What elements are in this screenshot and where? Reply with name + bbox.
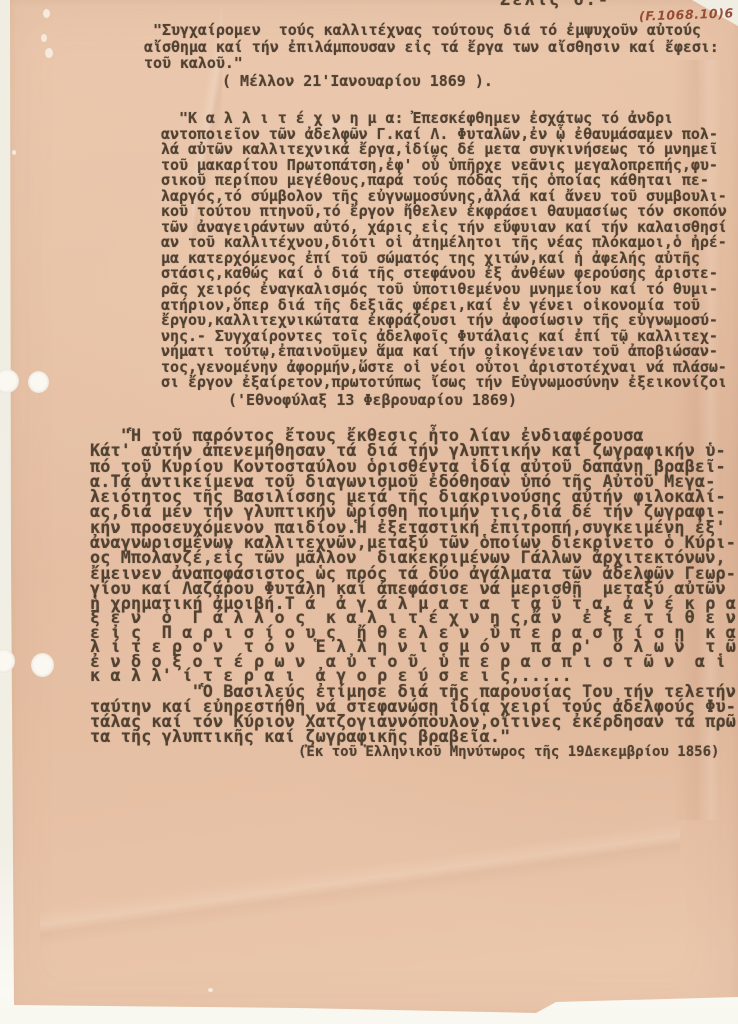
- typed-text-line: αἴσθημα καί τήν ἐπιλάμπουσαν εἰς τά ἔργα…: [144, 39, 719, 56]
- paper-damage-speck: [43, 9, 50, 18]
- citation-ethnofylax-1869: ('Εθνοφύλαξ 13 Φεβρουαρίου 1869): [228, 391, 517, 409]
- typed-text-line: σι ἔργον ἐξαίρετον,πρωτοτύπως ἴσως τήν Ε…: [161, 375, 727, 391]
- typed-paragraph-opening-quote: "Συγχαίρομεν τούς καλλιτέχνας τούτους δι…: [144, 22, 719, 72]
- typed-paragraph-king-ceremony: "Ὁ Βασιλεύς ἐτίμησε διά τῆς παρουσίας Το…: [90, 684, 738, 744]
- typed-paragraph-exhibition: "Ἡ τοῦ παρόντος ἔτους ἔκθεσις ἦτο λίαν ἐ…: [90, 428, 736, 596]
- paper-damage-speck: [208, 988, 213, 992]
- punch-hole: [31, 653, 54, 677]
- typed-paragraph-kallitechnima: "Κ α λ λ ι τ έ χ ν η μ α: Ἐπεσκέφθημεν ἐ…: [161, 111, 727, 391]
- paper-damage-speck: [45, 48, 53, 58]
- page-number-label: Σελίς 6.-: [500, 0, 610, 10]
- typed-text-line: "Συγχαίρομεν τούς καλλιτέχνας τούτους δι…: [144, 22, 719, 39]
- typed-paragraph-exhibition-letterspaced: ἡ χρηματική ἀμοιβή.Τ ά ἀ γ ά λ μ α τ α τ…: [90, 596, 738, 682]
- paper-damage-speck: [12, 150, 16, 155]
- citation-mellon-1869: ( Μέλλον 21'Ιανουαρίου 1869 ).: [222, 72, 493, 90]
- punch-hole: [28, 371, 49, 393]
- scanned-document-page: Σελίς 6.- "Συγχαίρομεν τούς καλλιτέχνας …: [0, 0, 738, 1024]
- citation-minytor-1856: (Ἐκ τοῦ Ἑλληνικοῦ Μηνύτωρος τῆς 19Δεκεμβ…: [298, 744, 719, 760]
- typed-text-line: τοῦ καλοῦ.": [144, 55, 719, 72]
- paper-crease: [40, 810, 680, 950]
- paper-sheet: Σελίς 6.- "Συγχαίρομεν τούς καλλιτέχνας …: [0, 0, 738, 1024]
- paper-damage-speck: [41, 34, 47, 42]
